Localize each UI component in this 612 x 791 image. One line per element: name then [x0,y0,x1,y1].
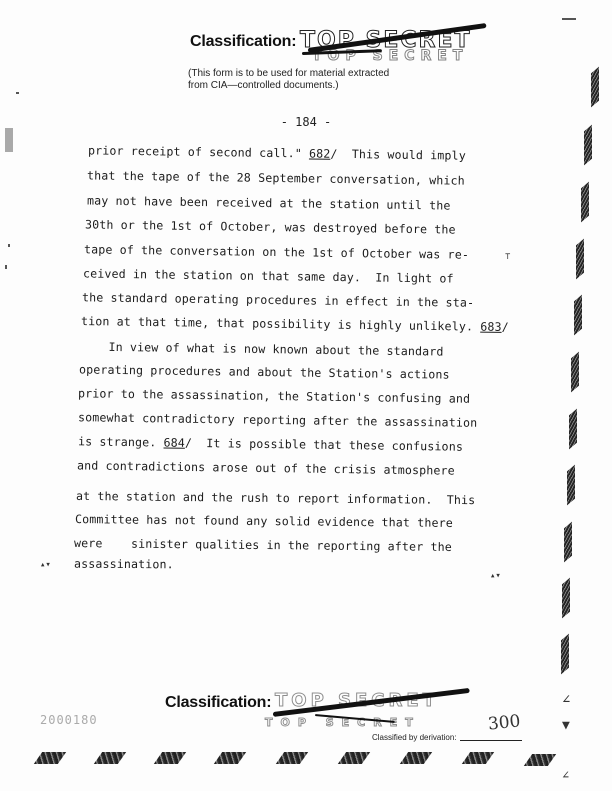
hatch-mark [400,752,432,764]
hatch-mark [584,125,592,166]
hatch-mark [94,752,126,764]
hatch-mark [462,752,494,764]
scan-artifact [5,265,7,269]
text-line: 30th or the 1st of October, was destroye… [85,217,456,236]
hatch-mark [564,522,572,563]
text-line: prior receipt of second call." 682/ This… [88,143,466,162]
text-line: ceived in the station on that same day. … [83,266,454,285]
footnote-ref: 683 [480,320,502,334]
hatch-mark [338,752,370,764]
text-segment: / It is possible that these confusions [185,436,463,454]
text-line: In view of what is now known about the s… [80,339,444,358]
document-code: 2000180 [40,713,98,727]
text-line: tape of the conversation on the 1st of O… [84,242,469,261]
text-line: Committee has not found any solid eviden… [75,512,453,530]
hatch-mark [561,634,569,675]
text-line: and contradictions arose out of the cris… [77,458,455,477]
hatch-mark [591,67,599,108]
classification-label: Classification: [190,33,296,51]
document-page: Classification: TOP SECRET TOP SECRET (T… [0,0,612,791]
hatch-mark [276,752,308,764]
page-number: - 184 - [0,115,612,129]
text-segment: prior receipt of second call." [88,143,309,160]
form-note-line: from CIA—controlled documents.) [188,80,468,92]
text-segment: / This would imply [330,147,466,163]
text-line: operating procedures and about the Stati… [79,362,450,381]
text-line: that the tape of the 28 September conver… [87,168,465,187]
classified-by-derivation: Classified by derivation: [372,733,522,742]
form-note-line: (This form is to be used for material ex… [188,68,468,80]
text-segment: / [502,320,509,334]
hatch-mark [562,578,570,619]
text-segment: tion at that time, that possibility is h… [81,314,480,334]
classified-by-label: Classified by derivation: [372,733,456,742]
text-line: may not have been received at the statio… [87,193,451,212]
handwritten-number: 300 [487,711,521,734]
margin-mark: ⊤ [505,252,510,262]
scan-artifact [5,128,13,152]
scan-artifact [8,244,10,247]
form-note: (This form is to be used for material ex… [188,68,468,92]
hatch-mark [154,752,186,764]
hatch-mark [571,352,579,393]
classification-header: Classification: TOP SECRET TOP SECRET [190,30,490,70]
classification-footer: Classification: TOP SECRET TOP SECRET [165,690,465,730]
signature-line [460,740,522,741]
margin-mark: ∠ [562,692,570,708]
classification-label: Classification: [165,694,271,712]
margin-mark: ▴▾ [490,571,501,581]
footnote-ref: 684 [163,436,185,450]
hatch-mark [576,239,584,280]
hatch-mark [574,295,582,336]
footnote-ref: 682 [309,146,331,160]
text-line: prior to the assassination, the Station'… [78,386,470,405]
hatch-mark [581,182,589,223]
hatch-mark [569,409,577,450]
hatch-mark [34,752,66,764]
scan-artifact [562,18,576,20]
text-line: tion at that time, that possibility is h… [81,314,509,334]
text-segment: is strange. [78,434,164,449]
text-line: is strange. 684/ It is possible that the… [78,434,463,453]
text-line: the standard operating procedures in eff… [82,290,474,309]
text-line: at the station and the rush to report in… [76,489,475,507]
hatch-mark [214,752,246,764]
text-line: were sinister qualities in the reporting… [74,536,452,554]
hatch-mark [567,465,575,506]
scan-artifact [16,92,19,94]
margin-mark: ∠ [562,768,569,782]
margin-mark: ▴▾ [40,560,51,570]
margin-mark: ▼ [562,718,570,733]
hatch-mark [524,754,556,766]
text-line: assassination. [74,557,174,572]
text-line: somewhat contradictory reporting after t… [78,410,477,430]
